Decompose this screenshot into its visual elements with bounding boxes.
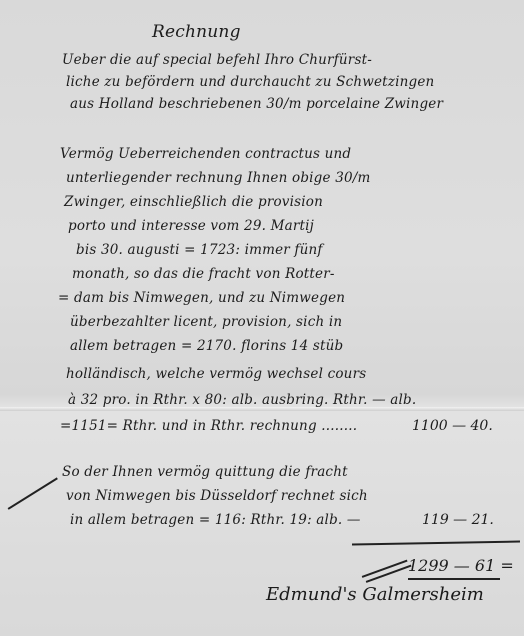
subtotal-line: =1151= Rthr. und in Rthr. rechnung .....… <box>60 418 357 434</box>
sum-rule <box>352 541 520 545</box>
text-line: unterliegender rechnung Ihnen obige 30/m <box>66 170 371 186</box>
total-underline <box>408 578 500 580</box>
document-page: Rechnung Ueber die auf special befehl Ih… <box>0 0 524 636</box>
text-line: Ueber die auf special befehl Ihro Churfü… <box>62 52 372 68</box>
text-line: aus Holland beschriebenen 30/m porcelain… <box>70 96 443 112</box>
text-line: à 32 pro. in Rthr. x 80: alb. ausbring. … <box>68 392 416 408</box>
text-line: überbezahlter licent, provision, sich in <box>70 314 342 330</box>
text-line: monath, so das die fracht von Rotter- <box>72 266 335 282</box>
text-line: allem betragen = 2170. florins 14 stüb <box>70 338 343 354</box>
text-line: bis 30. augusti = 1723: immer fünf <box>76 242 323 258</box>
total-amount: 1299 — 61 = <box>408 556 514 575</box>
line-amount: 119 — 21. <box>422 512 494 528</box>
bracket-stroke <box>8 477 58 509</box>
document-title: Rechnung <box>152 22 241 42</box>
text-line: So der Ihnen vermög quittung die fracht <box>62 464 348 480</box>
text-line: porto und interesse vom 29. Martij <box>68 218 314 234</box>
text-line: liche zu befördern und durchaucht zu Sch… <box>66 74 434 90</box>
text-line: Zwinger, einschließlich die provision <box>64 194 323 210</box>
text-line: = dam bis Nimwegen, und zu Nimwegen <box>58 290 345 306</box>
text-line: von Nimwegen bis Düsseldorf rechnet sich <box>66 488 368 504</box>
subtotal-amount: 1100 — 40. <box>412 418 493 434</box>
signature: Edmund's Galmersheim <box>266 584 484 605</box>
text-line: holländisch, welche vermög wechsel cours <box>66 366 366 382</box>
text-line: in allem betragen = 116: Rthr. 19: alb. … <box>70 512 361 528</box>
text-line: Vermög Ueberreichenden contractus und <box>60 146 351 162</box>
